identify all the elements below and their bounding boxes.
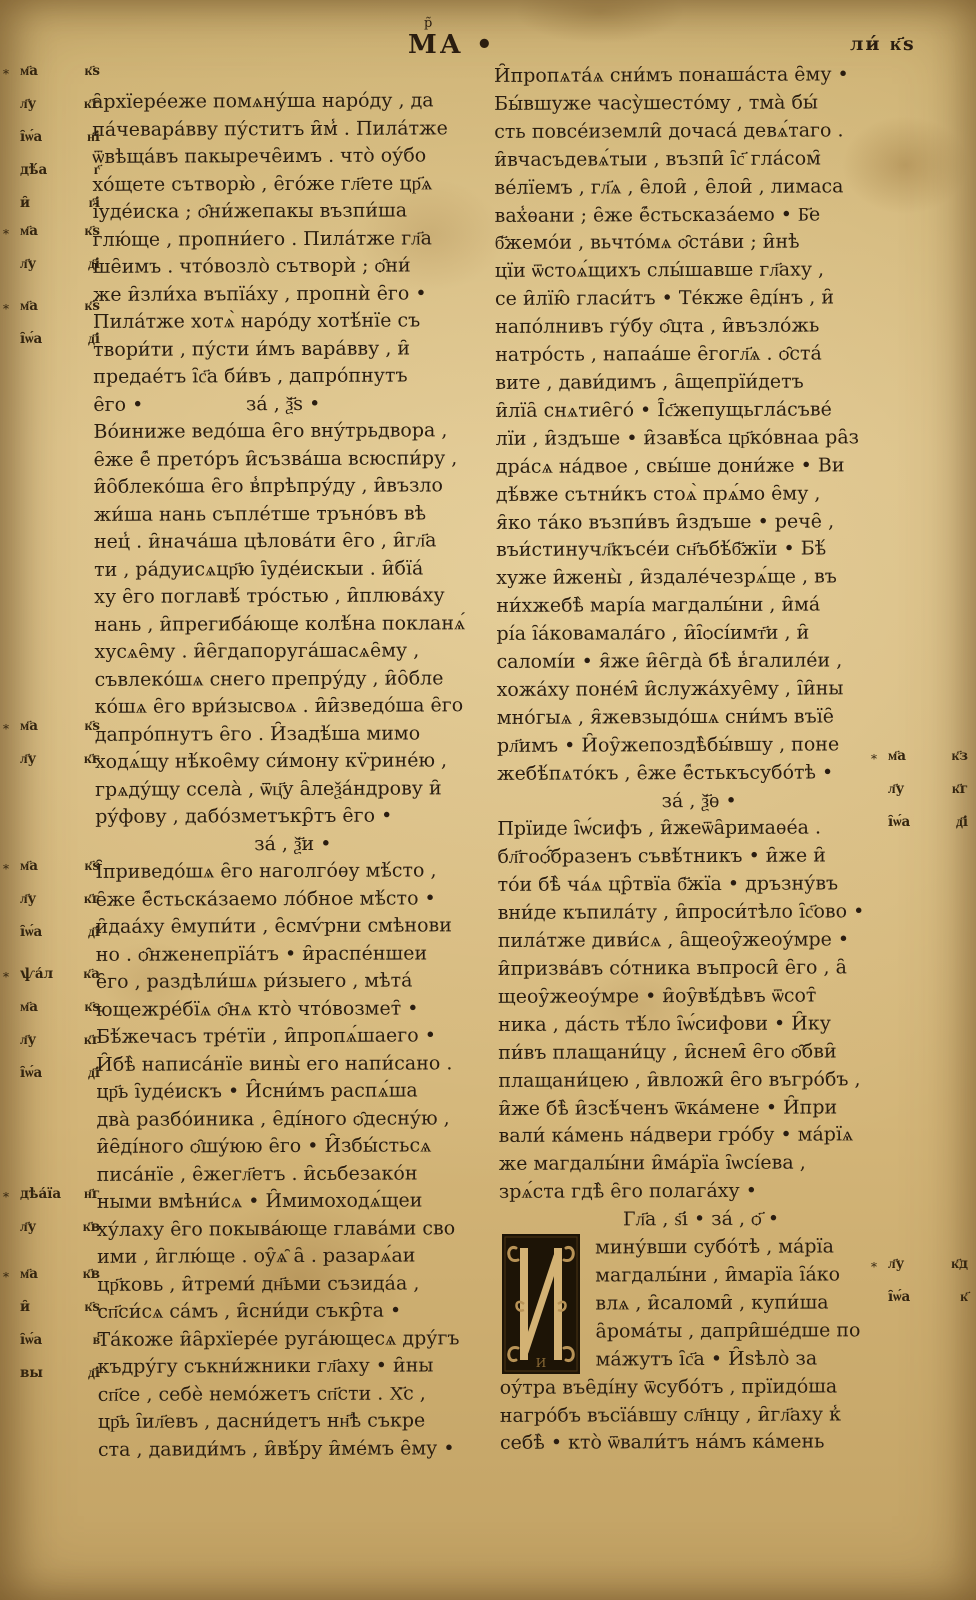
ref-part: і̑ѡ́а	[20, 1324, 42, 1357]
text-line: ни́хжебѣ̀ марі́а магдалы́ни , и̑ма́	[496, 591, 900, 621]
margin-note: *м҃ак҃ви̑к҃ѕі̑ѡ́ав҃выд҃і	[16, 1258, 104, 1390]
margin-note: *м҃ак҃ѕл҃уд҃і	[16, 215, 104, 281]
ref-part: дѣа́їа	[20, 1178, 61, 1211]
margin-ref-row: ѱа́лк҃а	[16, 958, 104, 991]
text-line: и̑е̑ді́ного ѻ̑шу́юю е̑го • И̑збы́стьсѧ	[97, 1132, 492, 1161]
margin-note: *м҃ак҃ѕл҃ук҃гі̑ѡ́ад҃і	[16, 850, 104, 949]
margin-note: *дѣа́їан҃гл҃ук҃в	[16, 1178, 104, 1244]
margin-ref-row: л҃уд҃і	[16, 248, 104, 281]
text-line: пила́тже диви́сѧ , а̑щеоу̑жеоу́мре •	[498, 926, 902, 956]
margin-ref-row: л҃ук҃г	[16, 88, 104, 121]
text-line: нань , и̑прегиба́юще колѣ́на покланѧ́	[94, 610, 489, 639]
note-mark: *	[3, 1181, 9, 1214]
ref-part: м҃а	[20, 710, 38, 743]
running-title: р̃ МА •	[408, 30, 496, 60]
text-line: і̑уде́иска ; ѻ̑ни́жепакы възпи́ша	[92, 197, 487, 226]
margin-ref-row: і̑ѡ́ан҃і	[16, 121, 104, 154]
text-line: пи́въ плащани́цу , и̑снем̑ е̑го ѻ̑бви̑	[498, 1038, 902, 1068]
margin-ref-list: м҃ак҃ви̑к҃ѕі̑ѡ́ав҃выд҃і	[16, 1258, 104, 1390]
text-line: то́и бѣ̀ ча́ѧ цр̑твїа б҃жїа • дръзну́въ	[497, 870, 901, 900]
text-line: рі́а і̑а́ковамала́го , и̑і̑ѻсі́имт҃и , и…	[496, 619, 900, 649]
text-line: па́чевара́вву пу́ститъ и̑м̾ . Пила́тже	[92, 115, 487, 144]
margin-ref-row: и̑к҃ѕ	[16, 1291, 104, 1324]
note-mark: *	[3, 713, 9, 746]
text-line: же магдалы́ни и̑ма́рїа і̑ѡсі́ева ,	[499, 1149, 903, 1179]
note-mark: *	[3, 961, 9, 994]
text-line: щеоу̑жеоу́мре • и̑оу̑вѣ́дѣвъ ѿсот̑	[498, 982, 902, 1012]
text-line: грѧду́щу ссела̀ , ѿц҃у а̑леѯа́ндрову и̑	[95, 775, 490, 804]
ref-part: м҃а	[20, 55, 38, 88]
margin-note: *ѱа́лк҃ам҃ак҃ѕл҃ук҃гі̑ѡ́ад҃і	[16, 958, 104, 1090]
margin-ref-list: м҃ак҃ѕі̑ѡ́ад҃і	[16, 290, 104, 356]
margin-ref-row: м҃ак҃ѕ	[16, 710, 104, 743]
text-line: цїи ѿстоѧ́щихъ слы́шавше гл҃аху ,	[495, 256, 899, 286]
ref-part: ѱа́л	[20, 958, 53, 991]
text-line: лїи , и̑здъше • и̑завѣ́са цр҃ко́внаа ра̑…	[496, 424, 900, 454]
ref-part: л҃у	[20, 248, 36, 281]
ref-part: м҃а	[20, 215, 38, 248]
text-line: рл҃имъ • И̑оу̑жепоздѣ̀бы́вшу , поне	[497, 731, 901, 761]
text-line: ше̑имъ . что́возло̀ сътворѝ ; ѻ̑ни́	[93, 252, 488, 281]
ref-part: і̑ѡ́а	[20, 323, 42, 356]
margin-note: *м҃ак҃ѕі̑ѡ́ад҃і	[16, 290, 104, 356]
text-line: цр҃ковь , и̑треми́ дн҃ьми съзида́а ,	[97, 1270, 492, 1299]
text-line: нагро́бъ въсїа́вшу сл҃нцу , и̑гл҃аху к̾	[500, 1401, 904, 1431]
text-line: се и̑лїю̑ гласи́тъ • Те́кже е̑ді́нъ , и̑	[495, 284, 899, 314]
text-line: сп҃се , себѐ немо́жетъ сп҃сти . Х҃с ,	[98, 1380, 493, 1409]
ref-part: л҃у	[20, 1024, 36, 1057]
text-line: хо́щете сътворю̀ , е̑го́же гл҃ете цр҃ѧ	[92, 170, 487, 199]
text-line: въи́стинучл҃късе́и сн҃ъбѣ́б҃жїи • Бѣ́	[496, 536, 900, 566]
initial-letter-label: И	[536, 1356, 546, 1370]
note-mark: *	[3, 1261, 9, 1294]
margin-ref-list: м҃ак҃ѕл҃ук҃гі̑ѡ́ан҃ідѣ́аг҃и̑г҃і	[16, 55, 104, 220]
text-line: вни́де къпила́ту , и̑проси́тѣло і̑с҃ово …	[498, 898, 902, 928]
note-mark: *	[3, 218, 9, 251]
text-line: ника , да́сть тѣ́ло і̑ѡ́сифови • И̑ку	[498, 1010, 902, 1040]
text-line: Пила́тже хотѧ̀ наро́ду хотѣ́нїе съ	[93, 307, 488, 336]
text-line: и̑вчасъдевѧ́тыи , възпи̑ і̑с҃ гла́сом̑	[494, 145, 898, 175]
text-line: хожа́ху поне́м̑ и̑служа́хуе̑му , і̑и̑ны	[497, 675, 901, 705]
ornate-initial-art: И	[502, 1234, 580, 1374]
text-line: и̑о̑блеко́ша е̑го в̾прѣпру́ду , и̑възло	[94, 472, 489, 501]
margin-ref-row: м҃ак҃ѕ	[16, 850, 104, 883]
text-line: писа́нїе , е̑жегл҃етъ . и̑сьбезако́н	[97, 1160, 492, 1189]
text-line: саломі́и • я̑же и̑е̑гда̀ бѣ̀ в̾галиле́и …	[497, 647, 901, 677]
text-line: е̑же е̑́ прето́ръ и̑съзва́ша всюспи́ру ,	[94, 445, 489, 474]
ref-part: и̑	[20, 1291, 30, 1324]
ref-part: л҃у	[20, 743, 36, 776]
text-line: И̑пропѧта́ѧ сни́мъ понаша́ста е̑му •	[494, 61, 898, 91]
margin-ref-row: л҃ук҃г	[16, 883, 104, 916]
text-line: нец̾ . и̑нача́ша цѣлова́ти е̑го , и̑гл҃а	[94, 527, 489, 556]
margin-ref-row: дѣа́їан҃г	[16, 1178, 104, 1211]
note-mark: *	[3, 853, 9, 886]
text-line: е̑го • за́ , ѯ҃ѕ •	[93, 390, 488, 419]
text-line: Во́иниже ведо́ша е̑го вну́трьдвора ,	[93, 417, 488, 446]
text-line: цр҃ь і̑ил҃евъ , дасни́детъ нн҃ѣ съкре	[98, 1407, 493, 1436]
ref-part: к҃д	[951, 1248, 968, 1281]
text-line: б҃жемо́и , вьчто́мѧ ѻ̑ста́ви ; и̑нѣ	[495, 229, 899, 259]
text-line: Бы́вшуже часу̀шесто́му , тма̀ бы́	[494, 89, 898, 119]
text-line: и̑лїа̑ снѧтие̑го́ • І̑с҃жепущьгла́съве́	[495, 396, 899, 426]
ref-part: м҃а	[20, 1258, 38, 1291]
margin-ref-row: і̑ѡ́ав҃	[16, 1324, 104, 1357]
text-line: вите , дави́димъ , а̑щепрїи́детъ	[495, 368, 899, 398]
margin-ref-row: і̑ѡ́ад҃і	[16, 916, 104, 949]
ref-part: к҃ѕ	[85, 55, 100, 88]
text-line: Прїиде і̑ѡ́сифъ , и̑жеѿа̑римаѳе́а .	[497, 815, 901, 845]
margin-ref-list: м҃ак҃ѕл҃ук҃гі̑ѡ́ад҃і	[16, 850, 104, 949]
text-line: бл҃гоѻ̑́бразенъ съвѣ́тникъ • и̑же и̑	[497, 842, 901, 872]
text-line: ющежре́бїѧ ѻ̑нѧ кто̀ что́возмет̑ •	[96, 995, 491, 1024]
margin-ref-row: м҃ак҃ѕ	[16, 55, 104, 88]
text-line: твори́ти , пу́сти и́мъ вара́вву , и̑	[93, 335, 488, 364]
ref-part: л҃у	[20, 88, 36, 121]
text-line: же и̑зли́ха въпїа́ху , пропнѝ е̑го •	[93, 280, 488, 309]
text-line: ходѧ́щу нѣ́кое̑му си́мону кѵ̈рине́ю ,	[95, 747, 490, 776]
margin-ref-list: м҃ак҃ѕл҃уд҃і	[16, 215, 104, 281]
margin-ref-list: м҃ак҃ѕл҃ук҃г	[16, 710, 104, 776]
margin-note: *м҃ак҃ѕл҃ук҃г	[16, 710, 104, 776]
text-line: е̑го , раздѣли́шѧ ри́зыего , мѣта́	[96, 967, 491, 996]
ref-part: і̑ѡ́а	[20, 916, 42, 949]
margin-ref-row: і̑ѡ́ад҃і	[16, 1057, 104, 1090]
text-line: ко́шѧ е̑го ври́зысвоѧ . и̑и̑зведо́ша е̑г…	[95, 692, 490, 721]
ref-part: і̑ѡ́а	[20, 121, 42, 154]
text-line: зрѧ́ста гдѣ̀ е̑го полага́ху •	[499, 1177, 903, 1207]
text-line: вах̾ѳани ; е̑же е̑́стьсказа́емо • Б҃е	[495, 201, 899, 231]
text-line: Та́коже и̑а̑рхїере́е руга́ющесѧ дру́гъ	[97, 1325, 492, 1354]
ref-part: л҃у	[20, 1211, 36, 1244]
ref-part: д҃і	[956, 806, 968, 839]
ref-part: к҃	[960, 1281, 968, 1314]
note-mark: *	[3, 293, 9, 326]
text-line: а̑рхїере́еже помѧну́ша наро́ду , да	[92, 87, 487, 116]
text-line: съвлеко́шѧ снего препру́ду , и̑о̑бле	[95, 665, 490, 694]
ref-part: м҃а	[20, 991, 38, 1024]
text-line: дѣ́вже сътни́къ стоѧ̀ прѧ́мо е̑му ,	[496, 480, 900, 510]
text-line: жи́ша нань съпле́тше тръно́въ вѣ	[94, 500, 489, 529]
text-line: ху́лаху е̑го покыва́юще глава́ми сво	[97, 1215, 492, 1244]
text-line: къдру́гу съкни́жники гл҃аху • и̑ны	[98, 1352, 493, 1381]
text-line: я̑ко та́ко възпи́въ и̑здъше • рече̑ ,	[496, 508, 900, 538]
text-line: но . ѻ̑нженепрїа́тъ • и̑распе́ншеи	[96, 940, 491, 969]
folio-number: ли́ к҃ѕ	[850, 33, 916, 56]
text-line: е̑же е̑́стьска́заемо ло́бное мѣ́сто •	[95, 885, 490, 914]
text-line: ху е̑го поглавѣ́ тро́стью , и̑плюва́ху	[94, 582, 489, 611]
margin-ref-row: м҃ак҃ѕ	[16, 290, 104, 323]
book-page: р̃ МА • ли́ к҃ѕ *м҃ак҃ѕл҃ук҃гі̑ѡ́ан҃ідѣ́…	[0, 0, 976, 1600]
text-line: ве́лїемъ , гл҃ѧ , е̑лои̑ , е̑лои̑ , лима…	[494, 173, 898, 203]
text-line: дапро́пнутъ е̑го . И̑задѣ́ша мимо	[95, 720, 490, 749]
text-line: за́ , ѯ҃ѳ •	[497, 787, 901, 817]
text-line: глю́ще , пропни́его . Пила́тже гл҃а	[93, 225, 488, 254]
margin-ref-row: м҃ак҃ѕ	[16, 991, 104, 1024]
text-line: и̑призва́въ со́тника въпроси̑ е̑го , а̑	[498, 954, 902, 984]
text-line: и̑даа́ху е̑мупи́ти , е̑смѵ́рни смѣнови	[96, 912, 491, 941]
text-line: ру́фову , дабо́зметъкр̑тъ е̑го •	[95, 802, 490, 831]
text-line: ными вмѣни́сѧ • И̑мимоходѧ́щеи	[97, 1187, 492, 1216]
running-title-text: МА •	[408, 30, 496, 60]
ornate-initial-block: И	[502, 1234, 580, 1374]
margin-ref-row: і̑ѡ́ад҃і	[16, 323, 104, 356]
text-line: хусѧе̑му . и̑е̑гдапоруга́шасѧе̑му ,	[94, 637, 489, 666]
text-line: Гл҃а , ѕ҃і • за́ , ѻ҃ •	[499, 1205, 903, 1235]
text-line: оу́тра въе̑ді́ну ѿсубо́тъ , прїидо́ша	[500, 1373, 904, 1403]
text-line: сть повсе́иземли̑ дочаса́ девѧ́таго .	[494, 117, 898, 147]
text-line: предае́тъ і̑с҃а би́въ , дапро́пнутъ	[93, 362, 488, 391]
text-line: дра́сѧ на́двое , свы́ше дони́же • Ви	[496, 452, 900, 482]
ref-part: к҃з	[952, 740, 968, 773]
text-line: ими , и̑глю́ще . оу̑ѧ̑ а̑ . разарѧ́аи	[97, 1242, 492, 1271]
ref-part: вы	[20, 1357, 43, 1390]
ref-part: і̑ѡ́а	[20, 1057, 42, 1090]
ref-part: л҃у	[20, 883, 36, 916]
note-mark: *	[3, 58, 9, 91]
margin-ref-row: м҃ак҃ѕ	[16, 215, 104, 248]
text-line: хуже и̑жены̀ , и̑здале́чезрѧ́ще , въ	[496, 563, 900, 593]
text-line: жебѣ́пѧто́къ , е̑же е̑́стькъсубо́тѣ •	[497, 759, 901, 789]
text-line: вали́ ка́мень на́двери гро́бу • ма́рїѧ	[499, 1122, 903, 1152]
ref-part: м҃а	[20, 850, 38, 883]
text-line: натро́сть , напаа́ше е̑гогл҃ѧ . ѻ̑ста́	[495, 340, 899, 370]
text-line: ста , давиди́мъ , и̑вѣ́ру и̑ме́мъ е̑му •	[98, 1435, 493, 1464]
margin-ref-row: л҃ук҃в	[16, 1211, 104, 1244]
ref-part: дѣ́а	[20, 154, 47, 187]
text-line: мно́гыѧ , я̑жевзыдо́шѧ сни́мъ въїе̑	[497, 703, 901, 733]
text-line: І̑приведо́шѧ е̑го наголго́ѳу мѣ́сто ,	[95, 857, 490, 886]
margin-ref-row: выд҃і	[16, 1357, 104, 1390]
margin-ref-row: дѣ́аг҃	[16, 154, 104, 187]
text-line: и̑же бѣ̀ и̑зсѣ́ченъ ѿка́мене • И̑при	[498, 1094, 902, 1124]
text-line: плащани́цею , и̑вложи̑ е̑го въгро́бъ ,	[498, 1066, 902, 1096]
ref-part: м҃а	[20, 290, 38, 323]
margin-ref-row: л҃ук҃г	[16, 743, 104, 776]
text-line: два̀ разбо́иника , е̑ді́ного ѻ̑десну́ю ,	[96, 1105, 491, 1134]
running-title-superscript: р̃	[424, 16, 432, 31]
text-line: сп҃си́сѧ са́мъ , и̑сни́ди съкр̑та •	[97, 1297, 492, 1326]
margin-ref-row: л҃ук҃г	[16, 1024, 104, 1057]
text-line: напо́лнивъ гу́бу ѻ̑цта , и̑възло́жь	[495, 312, 899, 342]
margin-ref-list: ѱа́лк҃ам҃ак҃ѕл҃ук҃гі̑ѡ́ад҃і	[16, 958, 104, 1090]
text-column-left: а̑рхїере́еже помѧну́ша наро́ду , дапа́че…	[92, 87, 493, 1464]
text-line: себѣ̀ • кто̀ ѿвали́тъ на́мъ ка́мень	[500, 1429, 904, 1459]
margin-ref-row: м҃ак҃в	[16, 1258, 104, 1291]
text-line: цр҃ь і̑уде́искъ • И̑сни́мъ распѧ́ша	[96, 1077, 491, 1106]
text-line: ти , ра́дуисѧцр҃ю і̑уде́искыи . и̑бїа́	[94, 555, 489, 584]
text-line: ѿвѣща́въ пакырече̑имъ . что̀ оу́бо	[92, 142, 487, 171]
margin-note: *м҃ак҃ѕл҃ук҃гі̑ѡ́ан҃ідѣ́аг҃и̑г҃і	[16, 55, 104, 220]
text-line: за́ , ѯ҃и •	[95, 830, 490, 859]
ref-part: к҃г	[952, 773, 968, 806]
text-line: И̑бѣ̀ написа́нїе вины̀ его напи́сано .	[96, 1050, 491, 1079]
text-line: Бѣ́жечасъ тре́тїи , и̑пропѧ́шаего •	[96, 1022, 491, 1051]
margin-ref-list: дѣа́їан҃гл҃ук҃в	[16, 1178, 104, 1244]
